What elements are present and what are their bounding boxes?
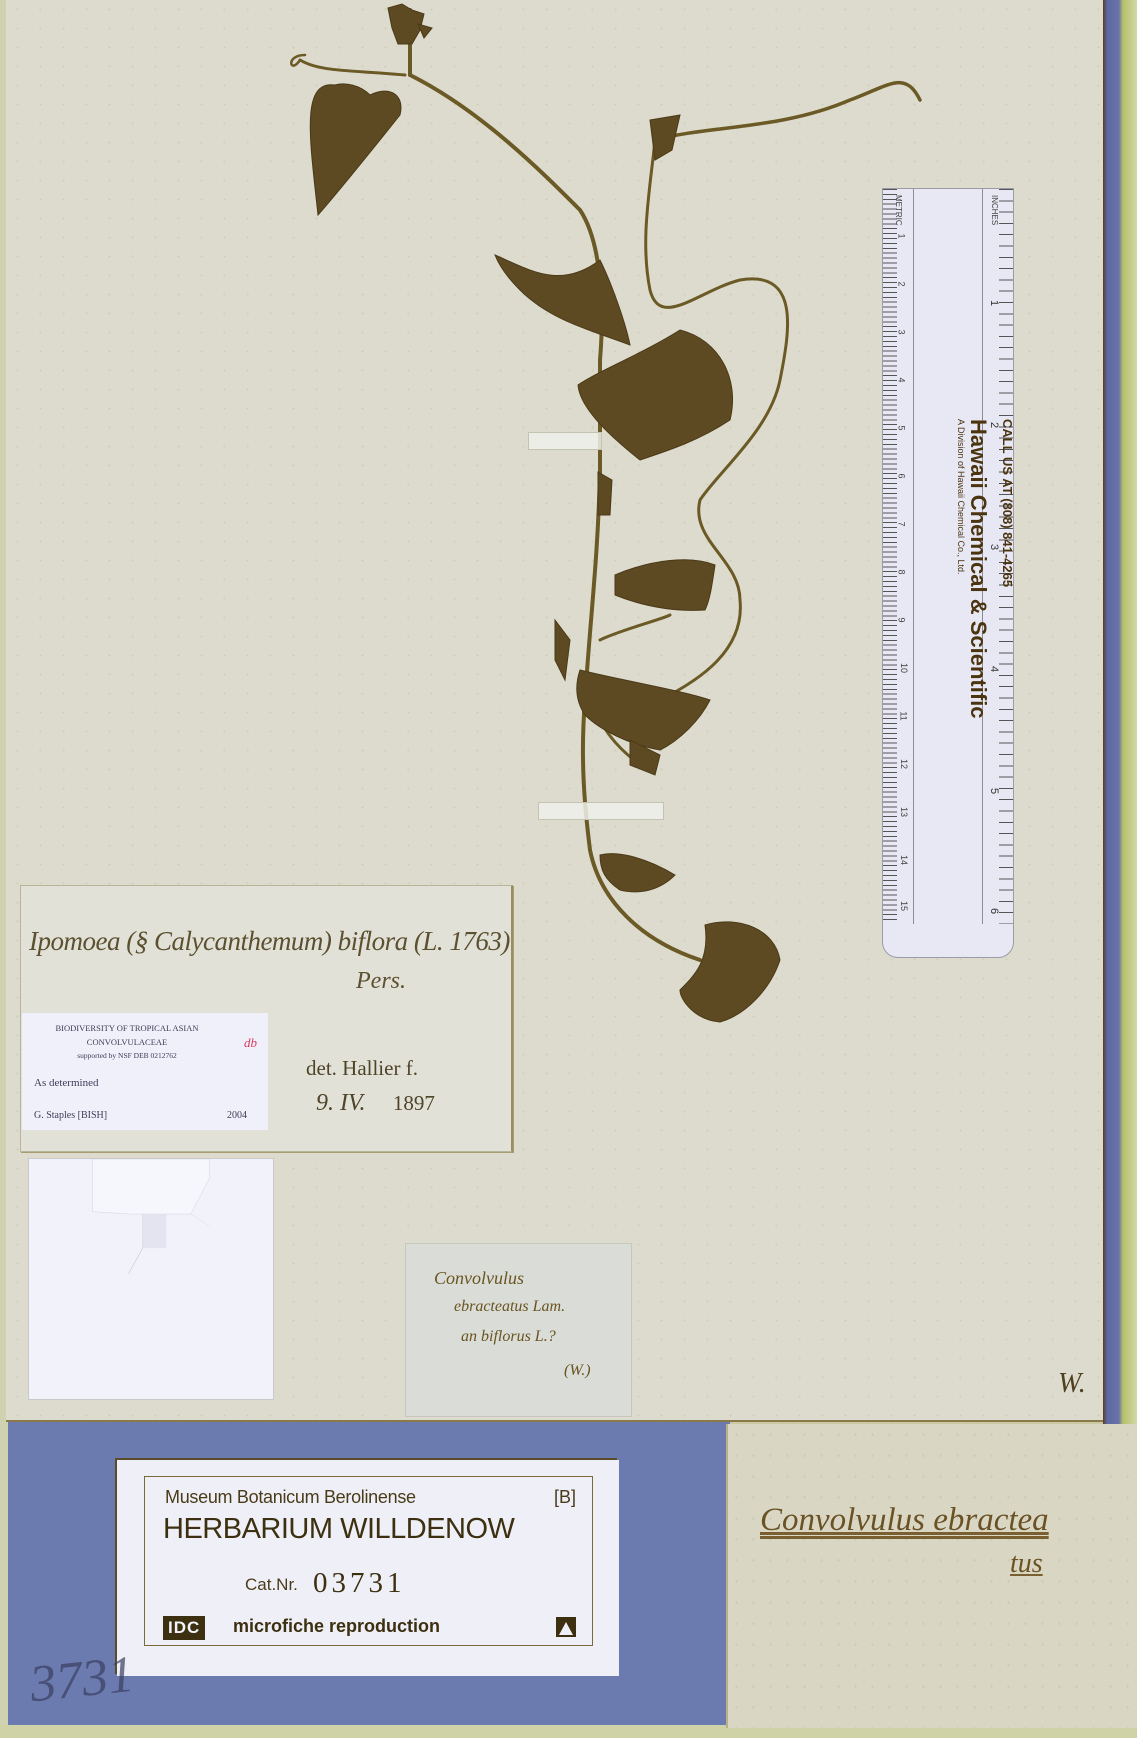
original-label-sheet [726,1424,1137,1728]
pencil-catalog-number: 3731 [27,1645,137,1715]
herbarium-title: HERBARIUM WILLDENOW [163,1513,514,1546]
annotation-year: 2004 [227,1110,247,1121]
scale-ruler: METRIC INCHES 1 2 3 4 5 6 7 8 9 10 11 12… [882,188,1014,958]
project-family: CONVOLVULACEAE [22,1037,232,1047]
handwritten-note: Convolvulus ebracteatus Lam. an biflorus… [405,1243,632,1417]
metric-tick-label: 12 [899,759,909,769]
determination-date: 9. IV. 1897 [316,1090,435,1117]
ruler-brand: Hawaii Chemical & Scientific [965,419,991,719]
metric-tick-label: 13 [899,807,909,817]
metric-tick-label: 3 [897,329,907,334]
herbarium-willdenow-label: Museum Botanicum Berolinense [B] HERBARI… [117,1460,619,1676]
metric-tick-label: 14 [899,855,909,865]
metric-tick-label: 6 [897,473,907,478]
microfiche-text: microfiche reproduction [233,1616,440,1637]
metric-tick-label: 10 [899,663,909,673]
metric-tick-label: 9 [897,617,907,622]
ruler-branding: CALL US AT (808) 841-4265 Hawaii Chemica… [921,419,981,739]
ruler-metric-label: METRIC [894,195,903,226]
mounting-tape-strip [528,432,602,450]
metric-tick-label: 11 [899,711,909,720]
metric-tick-label: 2 [897,281,907,286]
metric-tick-label: 1 [897,233,907,238]
metric-tick-label: 15 [899,901,909,911]
ruler-inch-label: INCHES [990,195,999,225]
determiner: det. Hallier f. [306,1056,418,1081]
date-day-month: 9. IV. [316,1090,366,1116]
project-title: BIODIVERSITY OF TROPICAL ASIAN [22,1023,232,1033]
label-frame: Museum Botanicum Berolinense [B] HERBARI… [144,1476,593,1646]
metric-tick-label: 4 [897,377,907,382]
mounting-tape-strip [538,802,664,820]
inch-tick-label: 5 [988,788,1000,794]
fragment-envelope[interactable] [28,1158,274,1400]
annotation-status: As determined [34,1077,98,1089]
idc-triangle-logo-icon [556,1617,576,1637]
date-year: 1897 [393,1091,435,1115]
note-line: Convolvulus [434,1268,524,1289]
catalog-number: 03731 [313,1567,406,1600]
annotation-label: BIODIVERSITY OF TROPICAL ASIAN CONVOLVUL… [22,1013,268,1130]
original-label-name-cont: tus [1010,1548,1043,1580]
herbarium-code: [B] [554,1487,576,1508]
project-funding: supported by NSF DEB 0212762 [22,1051,232,1060]
museum-name: Museum Botanicum Berolinense [165,1487,416,1508]
original-label-name: Convolvulus ebractea [760,1502,1049,1539]
inch-tick-label: 1 [988,300,1000,306]
metric-tick-label: 5 [897,425,907,430]
catalog-label: Cat.Nr. [245,1575,298,1595]
metric-tick-label: 7 [897,521,907,526]
note-line: an biflorus L.? [461,1328,556,1346]
inch-tick-label: 6 [988,908,1000,914]
idc-logo: IDC [163,1616,205,1640]
note-line: ebracteatus Lam. [454,1298,565,1316]
ruler-division: A Division of Hawaii Chemical Co., Ltd. [956,419,966,575]
taxon-name: Ipomoea (§ Calycanthemum) biflora (L. 17… [29,926,510,957]
note-line: (W.) [564,1362,591,1380]
envelope-icon [29,1159,273,1274]
willdenow-signature: W. [1058,1368,1086,1400]
taxon-authority: Pers. [356,968,406,995]
annotator: G. Staples [BISH] [34,1110,107,1121]
annotator-initials: db [244,1035,257,1051]
ruler-phone: CALL US AT (808) 841-4265 [1000,419,1015,587]
metric-tick-label: 8 [897,569,907,574]
